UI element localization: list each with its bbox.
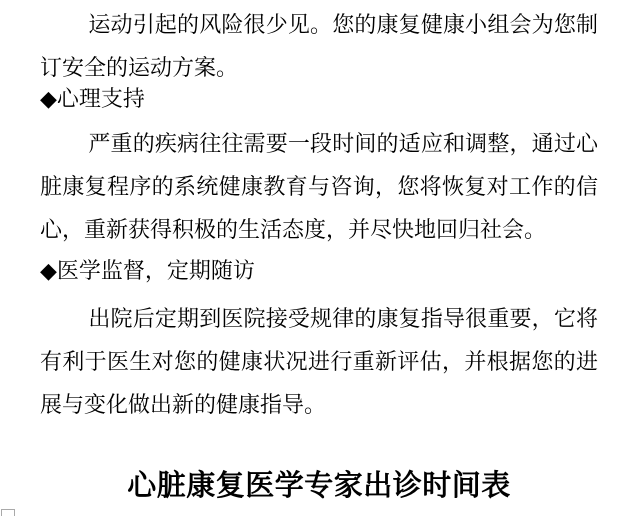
table-corner-fragment: [1, 509, 15, 516]
document-body: 运动引起的风险很少见。您的康复健康小组会为您制订安全的运动方案。 ◆心理支持 严…: [0, 0, 640, 506]
paragraph-medical-supervision-body: 出院后定期到医院接受规律的康复指导很重要，它将有利于医生对您的健康状况进行重新评…: [40, 297, 598, 426]
paragraph-psychological-support-body: 严重的疾病往往需要一段时间的适应和调整，通过心脏康复程序的系统健康教育与咨询，您…: [40, 122, 598, 251]
diamond-bullet-icon: ◆: [40, 249, 57, 292]
bullet-heading-psychological-support: ◆心理支持: [40, 77, 598, 120]
bullet-heading-label: 医学监督，定期随访: [57, 258, 255, 283]
section-title-schedule-table: 心脏康复医学专家出诊时间表: [40, 466, 598, 506]
bullet-heading-label: 心理支持: [57, 86, 145, 111]
diamond-bullet-icon: ◆: [40, 77, 57, 120]
bullet-heading-medical-supervision: ◆医学监督，定期随访: [40, 249, 598, 292]
document-page: { "page": { "background_color": "#ffffff…: [0, 0, 640, 516]
